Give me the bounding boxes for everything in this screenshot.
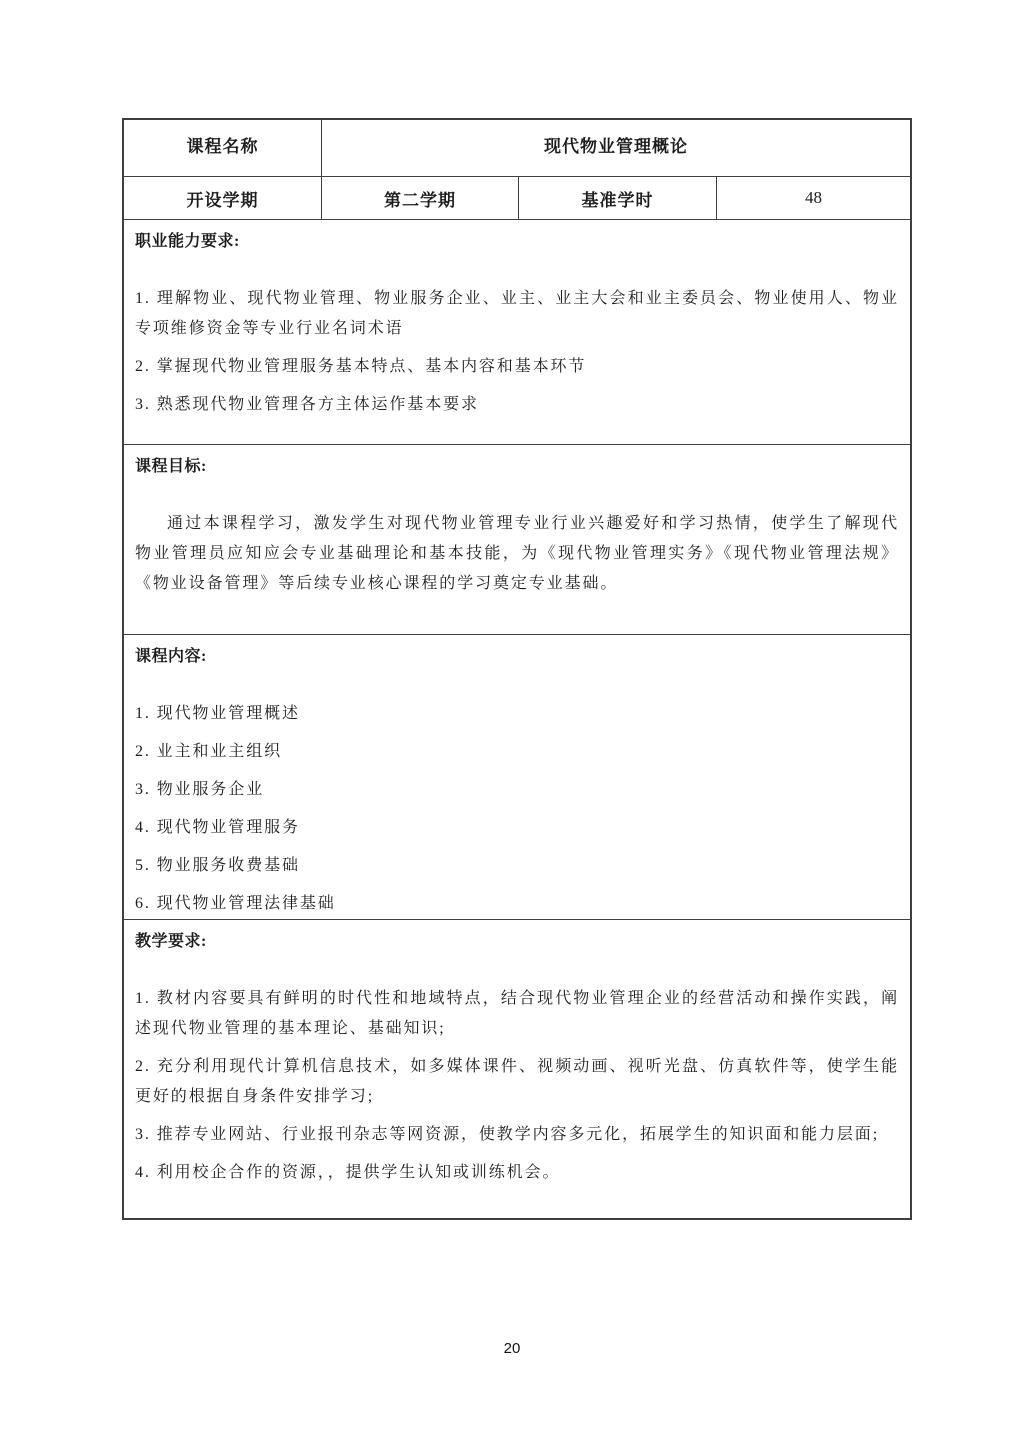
ability-item: 3. 熟悉现代物业管理各方主体运作基本要求	[135, 390, 899, 420]
document-page: { "document": { "header": { "course_name…	[0, 0, 1024, 1447]
section-title: 职业能力要求:	[135, 220, 899, 254]
section-title: 课程目标:	[135, 445, 899, 479]
content-item: 3. 物业服务企业	[135, 775, 899, 805]
table-row-semester-hours: 开设学期 第二学期 基准学时 48	[124, 177, 910, 220]
teaching-item: 2. 充分利用现代计算机信息技术，如多媒体课件、视频动画、视听光盘、仿真软件等，…	[135, 1052, 899, 1112]
section-title: 教学要求:	[135, 920, 899, 954]
base-hours-label: 基准学时	[519, 177, 717, 219]
course-outline-table: 课程名称 现代物业管理概论 开设学期 第二学期 基准学时 48 职业能力要求: …	[122, 118, 912, 1220]
table-row-course-name: 课程名称 现代物业管理概论	[124, 120, 910, 177]
content-item: 5. 物业服务收费基础	[135, 851, 899, 881]
teaching-item: 4. 利用校企合作的资源，，提供学生认知或训练机会。	[135, 1158, 899, 1188]
base-hours-value: 48	[717, 177, 910, 219]
section-course-objectives: 课程目标: 通过本课程学习，激发学生对现代物业管理专业行业兴趣爱好和学习热情，使…	[124, 445, 910, 635]
course-name-label: 课程名称	[124, 120, 322, 176]
section-title: 课程内容:	[135, 635, 899, 669]
page-number: 20	[0, 1340, 1024, 1357]
section-teaching-requirements: 教学要求: 1. 教材内容要具有鲜明的时代性和地域特点，结合现代物业管理企业的经…	[124, 920, 910, 1218]
section-ability-requirements: 职业能力要求: 1. 理解物业、现代物业管理、物业服务企业、业主、业主大会和业主…	[124, 220, 910, 445]
teaching-item: 3. 推荐专业网站、行业报刊杂志等网资源，使教学内容多元化，拓展学生的知识面和能…	[135, 1120, 899, 1150]
course-name-value: 现代物业管理概论	[322, 120, 910, 176]
objective-paragraph: 通过本课程学习，激发学生对现代物业管理专业行业兴趣爱好和学习热情，使学生了解现代…	[135, 509, 899, 599]
ability-item: 2. 掌握现代物业管理服务基本特点、基本内容和基本环节	[135, 352, 899, 382]
content-item: 1. 现代物业管理概述	[135, 699, 899, 729]
content-item: 6. 现代物业管理法律基础	[135, 889, 899, 919]
section-course-content: 课程内容: 1. 现代物业管理概述 2. 业主和业主组织 3. 物业服务企业 4…	[124, 635, 910, 920]
semester-label: 开设学期	[124, 177, 322, 219]
teaching-item: 1. 教材内容要具有鲜明的时代性和地域特点，结合现代物业管理企业的经营活动和操作…	[135, 984, 899, 1044]
content-item: 2. 业主和业主组织	[135, 737, 899, 767]
content-item: 4. 现代物业管理服务	[135, 813, 899, 843]
ability-item: 1. 理解物业、现代物业管理、物业服务企业、业主、业主大会和业主委员会、物业使用…	[135, 284, 899, 344]
semester-value: 第二学期	[322, 177, 519, 219]
